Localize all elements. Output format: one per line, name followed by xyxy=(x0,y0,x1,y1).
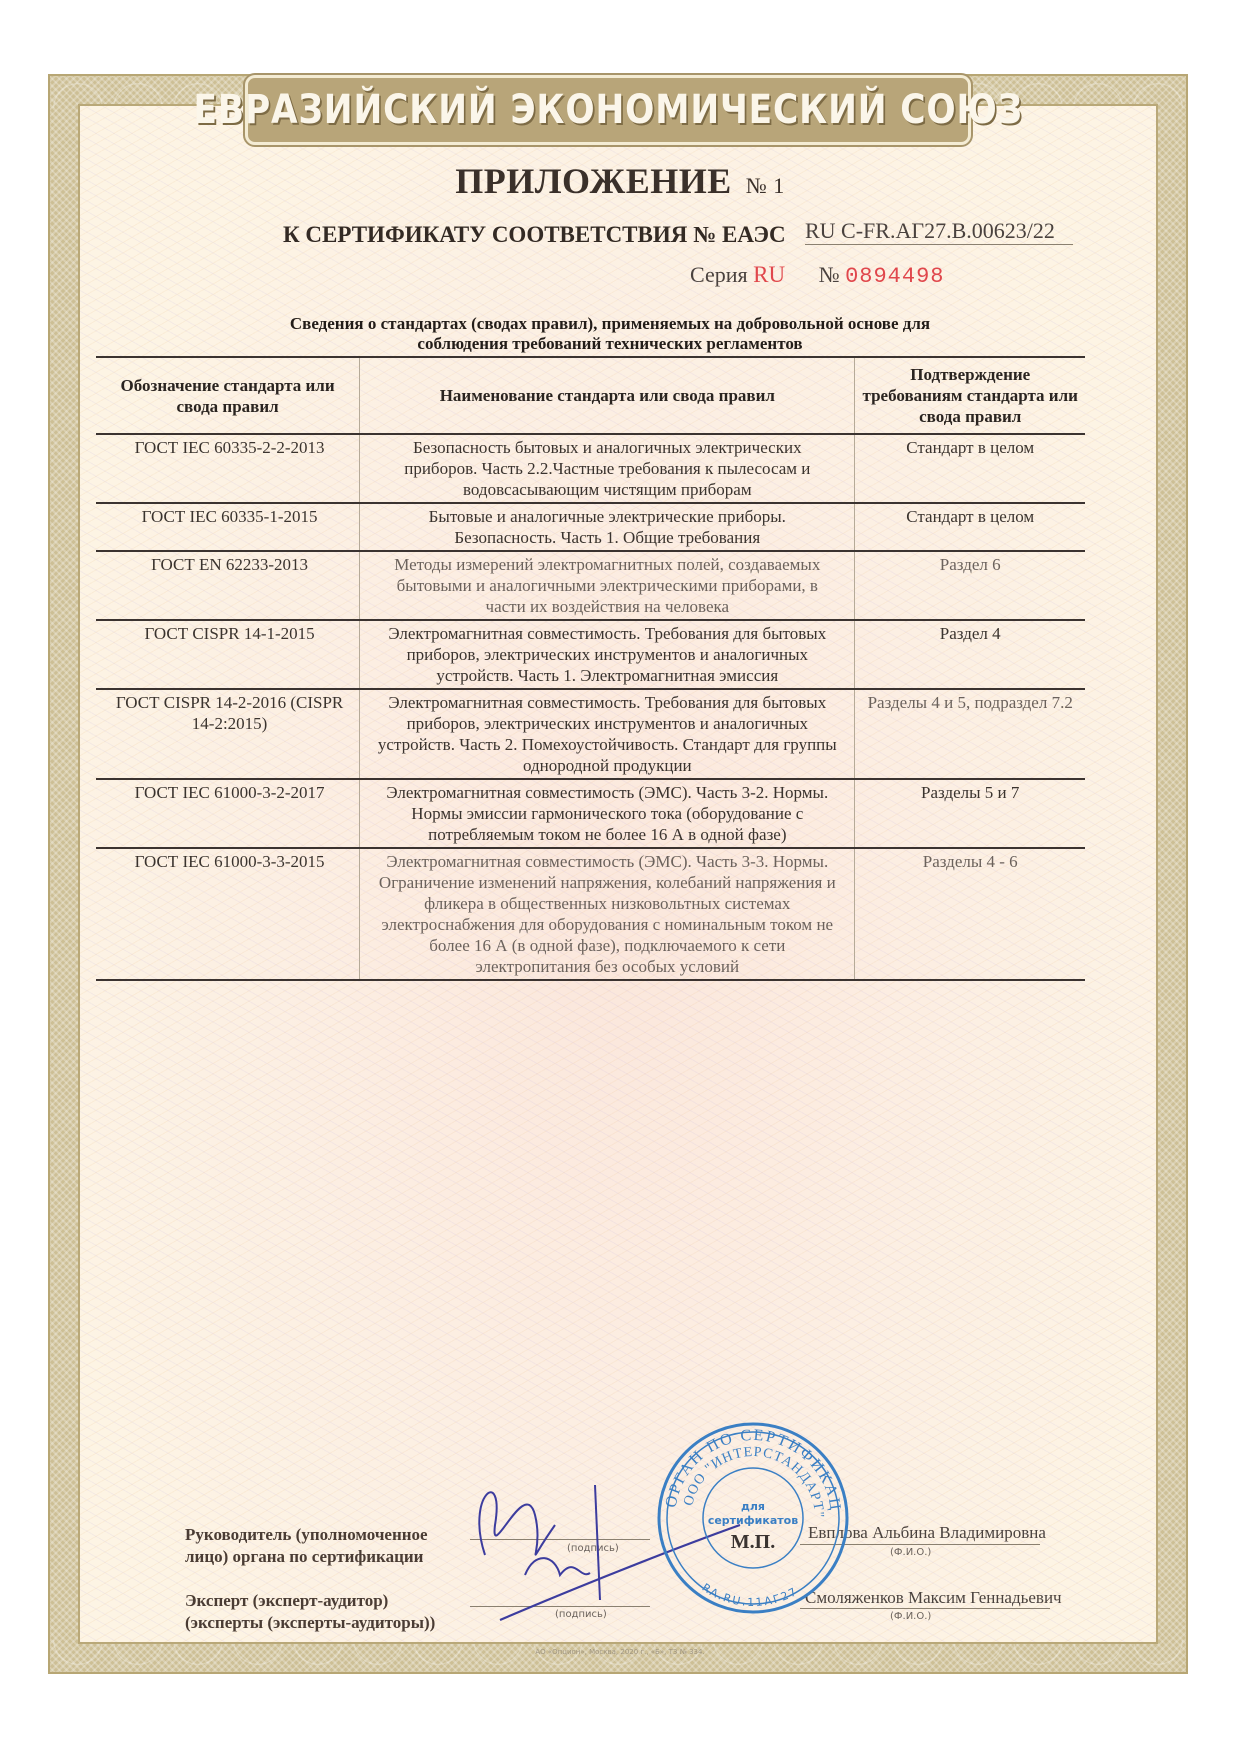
cell-confirmation: Раздел 6 xyxy=(855,551,1085,620)
form-number: 0894498 xyxy=(845,264,944,289)
table-row: ГОСТ IEC 61000-3-3-2015Электромагнитная … xyxy=(96,848,1085,980)
series-value: RU xyxy=(753,262,785,287)
series-label: Серия xyxy=(690,262,748,287)
head-label-line2: лицо) органа по сертификации xyxy=(185,1546,428,1568)
section-heading-line2: соблюдения требований технических реглам… xyxy=(200,334,1020,354)
union-banner: ЕВРАЗИЙСКИЙ ЭКОНОМИЧЕСКИЙ СОЮЗ xyxy=(245,75,971,145)
cell-designation: ГОСТ IEC 61000-3-2-2017 xyxy=(96,779,360,848)
svg-text:для: для xyxy=(741,1500,765,1513)
table-row: ГОСТ CISPR 14-2-2016 (CISPR 14-2:2015)Эл… xyxy=(96,689,1085,779)
table-row: ГОСТ EN 62233-2013Методы измерений элект… xyxy=(96,551,1085,620)
cell-confirmation: Раздел 4 xyxy=(855,620,1085,689)
head-label-line1: Руководитель (уполномоченное xyxy=(185,1524,428,1546)
expert-label: Эксперт (эксперт-аудитор) (эксперты (экс… xyxy=(185,1590,435,1634)
cell-name: Методы измерений электромагнитных полей,… xyxy=(360,551,855,620)
printer-footer-note: АО «Опцион», Москва, 2020 г., «Б», ТЗ № … xyxy=(0,1648,1240,1656)
certificate-number: RU C-FR.АГ27.В.00623/22 xyxy=(805,218,1073,245)
cell-designation: ГОСТ IEC 60335-1-2015 xyxy=(96,503,360,551)
certification-stamp-icon: ОРГАН ПО СЕРТИФИКАЦИИ ООО "ИНТЕРСТАНДАРТ… xyxy=(655,1420,851,1616)
cell-confirmation: Разделы 4 и 5, подраздел 7.2 xyxy=(855,689,1085,779)
cell-name: Бытовые и аналогичные электрические приб… xyxy=(360,503,855,551)
page-title: ПРИЛОЖЕНИЕ№ 1 xyxy=(0,160,1240,202)
cell-name: Безопасность бытовых и аналогичных элект… xyxy=(360,434,855,503)
cell-name: Электромагнитная совместимость (ЭМС). Ча… xyxy=(360,848,855,980)
section-heading: Сведения о стандартах (сводах правил), п… xyxy=(200,314,1020,354)
table-row: ГОСТ IEC 60335-1-2015Бытовые и аналогичн… xyxy=(96,503,1085,551)
expert-fio-caption: (Ф.И.О.) xyxy=(890,1611,931,1622)
column-header-name: Наименование стандарта или свода правил xyxy=(360,357,855,434)
form-number-label: № xyxy=(819,262,840,287)
cell-designation: ГОСТ CISPR 14-2-2016 (CISPR 14-2:2015) xyxy=(96,689,360,779)
expert-label-line2: (эксперты (эксперты-аудиторы)) xyxy=(185,1612,435,1634)
cell-confirmation: Стандарт в целом xyxy=(855,503,1085,551)
expert-label-line1: Эксперт (эксперт-аудитор) xyxy=(185,1590,435,1612)
cell-confirmation: Разделы 5 и 7 xyxy=(855,779,1085,848)
svg-text:М.П.: М.П. xyxy=(731,1531,775,1553)
column-header-designation: Обозначение стандарта или свода правил xyxy=(96,357,360,434)
cell-name: Электромагнитная совместимость (ЭМС). Ча… xyxy=(360,779,855,848)
cell-designation: ГОСТ CISPR 14-1-2015 xyxy=(96,620,360,689)
head-label: Руководитель (уполномоченное лицо) орган… xyxy=(185,1524,428,1568)
svg-text:сертификатов: сертификатов xyxy=(708,1514,798,1527)
banner-text: ЕВРАЗИЙСКИЙ ЭКОНОМИЧЕСКИЙ СОЮЗ xyxy=(193,87,1022,133)
table-header-row: Обозначение стандарта или свода правил Н… xyxy=(96,357,1085,434)
cell-designation: ГОСТ IEC 60335-2-2-2013 xyxy=(96,434,360,503)
cell-designation: ГОСТ IEC 61000-3-3-2015 xyxy=(96,848,360,980)
cell-confirmation: Стандарт в целом xyxy=(855,434,1085,503)
column-header-confirmation: Подтверждение требованиям стандарта или … xyxy=(855,357,1085,434)
cell-designation: ГОСТ EN 62233-2013 xyxy=(96,551,360,620)
table-row: ГОСТ CISPR 14-1-2015Электромагнитная сов… xyxy=(96,620,1085,689)
section-heading-line1: Сведения о стандартах (сводах правил), п… xyxy=(200,314,1020,334)
cell-name: Электромагнитная совместимость. Требован… xyxy=(360,620,855,689)
title-text: ПРИЛОЖЕНИЕ xyxy=(455,161,732,201)
cell-name: Электромагнитная совместимость. Требован… xyxy=(360,689,855,779)
cell-confirmation: Разделы 4 - 6 xyxy=(855,848,1085,980)
table-row: ГОСТ IEC 61000-3-2-2017Электромагнитная … xyxy=(96,779,1085,848)
certificate-label: К СЕРТИФИКАТУ СООТВЕТСТВИЯ № ЕАЭС xyxy=(283,222,786,248)
head-fio-caption: (Ф.И.О.) xyxy=(890,1547,931,1558)
table-row: ГОСТ IEC 60335-2-2-2013Безопасность быто… xyxy=(96,434,1085,503)
appendix-number: № 1 xyxy=(746,173,785,198)
standards-table: Обозначение стандарта или свода правил Н… xyxy=(96,356,1085,981)
series-line: Серия RU № 0894498 xyxy=(690,262,944,289)
